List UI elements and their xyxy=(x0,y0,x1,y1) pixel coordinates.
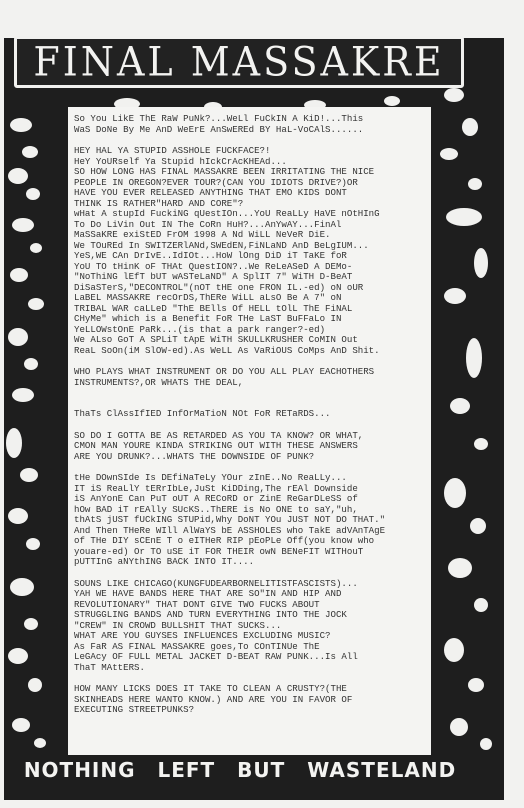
splatter-blob xyxy=(384,96,400,106)
splatter-blob xyxy=(468,178,482,190)
interview-paragraph: HOW MANY LICKS DOES IT TAKE TO CLEAN A C… xyxy=(74,684,425,716)
splatter-blob xyxy=(22,146,38,158)
interview-paragraph: tHe DOwnSIde Is DEfiNaTeLy YOur zInE..No… xyxy=(74,473,425,568)
splatter-blob xyxy=(444,288,466,304)
footer-slogan: NOTHING LEFT BUT WASTELAND xyxy=(0,758,480,782)
splatter-blob xyxy=(24,358,38,370)
splatter-blob xyxy=(28,678,42,692)
splatter-blob xyxy=(444,478,466,508)
interview-paragraph: ThaTs ClAssIfIED InfOrMaTioN NOt FoR RET… xyxy=(74,409,425,420)
splatter-blob xyxy=(26,538,40,550)
interview-text-panel: So You LikE ThE RaW PuNk?...WeLl FuCkIN … xyxy=(68,107,431,755)
title-banner: FINAL MASSAKRE xyxy=(14,36,464,88)
splatter-blob xyxy=(444,638,464,662)
splatter-blob xyxy=(470,518,486,534)
interview-body: So You LikE ThE RaW PuNk?...WeLl FuCkIN … xyxy=(68,107,431,716)
splatter-blob xyxy=(444,88,464,102)
splatter-blob xyxy=(30,243,42,253)
interview-paragraph: SOUNS LIKE CHICAGO(KUNGFUDEARBORNELITIST… xyxy=(74,579,425,674)
splatter-blob xyxy=(28,298,44,310)
splatter-blob xyxy=(480,738,492,750)
splatter-blob xyxy=(474,438,488,450)
splatter-blob xyxy=(10,578,34,596)
interview-paragraph: HEY HAL YA STUPID ASSHOLE FUCKFACE?! HeY… xyxy=(74,146,425,356)
splatter-blob xyxy=(448,558,472,578)
splatter-blob xyxy=(446,208,482,226)
splatter-blob xyxy=(12,718,30,732)
splatter-blob xyxy=(8,328,28,346)
splatter-blob xyxy=(450,398,470,414)
splatter-blob xyxy=(8,508,28,524)
splatter-blob xyxy=(6,428,22,458)
splatter-blob xyxy=(474,248,488,278)
splatter-blob xyxy=(10,118,32,132)
splatter-blob xyxy=(34,738,46,748)
splatter-blob xyxy=(466,338,482,378)
splatter-blob xyxy=(8,168,28,184)
splatter-blob xyxy=(440,148,458,160)
zine-title: FINAL MASSAKRE xyxy=(33,39,444,85)
interview-paragraph: WHO PLAYS WHAT INSTRUMENT OR DO YOU ALL … xyxy=(74,367,425,388)
splatter-blob xyxy=(24,618,38,630)
splatter-blob xyxy=(20,468,38,482)
interview-paragraph: SO DO I GOTTA BE AS RETARDED AS YOU TA K… xyxy=(74,431,425,463)
splatter-blob xyxy=(12,218,34,232)
splatter-blob xyxy=(26,188,40,200)
splatter-blob xyxy=(462,118,478,136)
splatter-blob xyxy=(474,598,488,612)
splatter-blob xyxy=(12,388,34,402)
splatter-blob xyxy=(468,678,484,692)
splatter-blob xyxy=(10,268,28,282)
interview-paragraph: So You LikE ThE RaW PuNk?...WeLl FuCkIN … xyxy=(74,114,425,135)
splatter-blob xyxy=(8,648,28,664)
splatter-blob xyxy=(450,718,468,736)
